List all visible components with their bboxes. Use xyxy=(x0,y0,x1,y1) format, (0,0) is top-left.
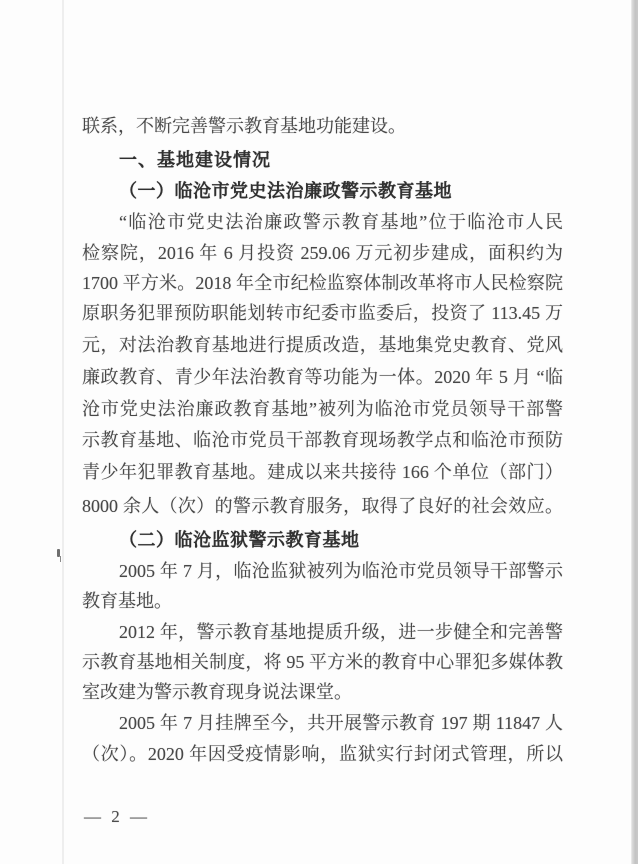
body-line: “临沧市党史法治廉政警示教育基地”位于临沧市人民 xyxy=(82,210,563,236)
body-line: 2005 年 7 月，临沧监狱被列为临沧市党员领导干部警示 xyxy=(82,559,563,585)
scan-fold-line xyxy=(62,0,64,864)
body-line: 示教育基地相关制度，将 95 平方米的教育中心罪犯多媒体教 xyxy=(82,650,563,676)
body-line: 8000 余人（次）的警示教育服务，取得了良好的社会效应。 xyxy=(82,494,563,520)
body-line: 元，对法治教育基地进行提质改造，基地集党史教育、党风 xyxy=(82,333,563,359)
body-line: 1700 平方米。2018 年全市纪检监察体制改革将市人民检察院 xyxy=(82,271,563,297)
body-line: 检察院，2016 年 6 月投资 259.06 万元初步建成，面积约为 xyxy=(82,241,563,267)
subsection-heading: （一）临沧市党史法治廉政警示教育基地 xyxy=(82,179,563,205)
body-line: 沧市党史法治廉政教育基地”被列为临沧市党员领导干部警 xyxy=(82,397,563,423)
body-line: 原职务犯罪预防职能划转市纪委市监委后，投资了 113.45 万 xyxy=(82,301,563,327)
body-line: 青少年犯罪教育基地。建成以来共接待 166 个单位（部门） xyxy=(82,460,563,486)
page-number: — 2 — xyxy=(84,806,150,828)
section-heading: 一、基地建设情况 xyxy=(82,148,563,174)
scanned-document-page: 联系，不断完善警示教育基地功能建设。 一、基地建设情况 （一）临沧市党史法治廉政… xyxy=(0,0,638,864)
body-line: 廉政教育、青少年法治教育等功能为一体。2020 年 5 月 “临 xyxy=(82,365,563,391)
ink-speck-artifact xyxy=(57,549,60,557)
body-line: （次）。2020 年因受疫情影响，监狱实行封闭式管理，所以 xyxy=(82,742,563,768)
body-line: 教育基地。 xyxy=(82,589,563,615)
body-line: 示教育基地、临沧市党员干部教育现场教学点和临沧市预防 xyxy=(82,428,563,454)
body-line: 联系，不断完善警示教育基地功能建设。 xyxy=(82,114,563,140)
body-line: 2005 年 7 月挂牌至今，共开展警示教育 197 期 11847 人 xyxy=(82,711,563,737)
body-line: 2012 年，警示教育基地提质升级，进一步健全和完善警 xyxy=(82,620,563,646)
scan-page-edge xyxy=(632,0,638,864)
body-line: 室改建为警示教育现身说法课堂。 xyxy=(82,680,563,706)
subsection-heading: （二）临沧监狱警示教育基地 xyxy=(82,528,563,554)
